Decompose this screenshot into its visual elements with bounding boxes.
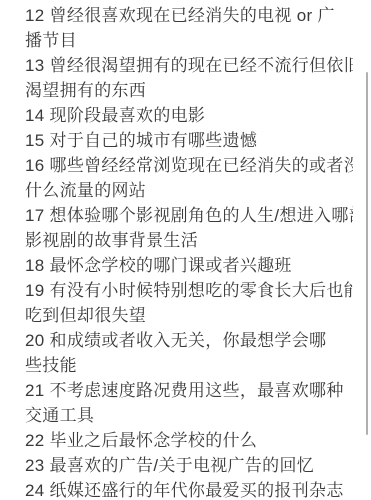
question-line: 20 和成绩或者收入无关，你最想学会哪 xyxy=(25,328,353,353)
question-line: 什么流量的网站 xyxy=(25,178,353,203)
question-line: 播节目 xyxy=(25,28,353,53)
question-line: 24 纸媒还盛行的年代你最爱买的报刊杂志 xyxy=(25,478,353,500)
question-line: 些技能 xyxy=(25,353,353,378)
question-line: 23 最喜欢的广告/关于电视广告的回忆 xyxy=(25,453,353,478)
question-line: 19 有没有小时候特别想吃的零食长大后也能 xyxy=(25,278,353,303)
question-item: 15 对于自己的城市有哪些遗憾 xyxy=(25,128,353,153)
question-line: 17 想体验哪个影视剧角色的人生/想进入哪部 xyxy=(25,203,353,228)
question-item: 18 最怀念学校的哪门课或者兴趣班 xyxy=(25,253,353,278)
question-line: 影视剧的故事背景生活 xyxy=(25,228,353,253)
question-line: 22 毕业之后最怀念学校的什么 xyxy=(25,428,353,453)
question-list: 12 曾经很喜欢现在已经消失的电视 or 广播节目13 曾经很渴望拥有的现在已经… xyxy=(25,3,353,500)
question-line: 13 曾经很渴望拥有的现在已经不流行但依旧 xyxy=(25,53,353,78)
question-item: 23 最喜欢的广告/关于电视广告的回忆 xyxy=(25,453,353,478)
question-item: 13 曾经很渴望拥有的现在已经不流行但依旧渴望拥有的东西 xyxy=(25,53,353,103)
question-item: 16 哪些曾经经常浏览现在已经消失的或者没什么流量的网站 xyxy=(25,153,353,203)
notes-page: 12 曾经很喜欢现在已经消失的电视 or 广播节目13 曾经很渴望拥有的现在已经… xyxy=(0,0,371,500)
question-item: 17 想体验哪个影视剧角色的人生/想进入哪部影视剧的故事背景生活 xyxy=(25,203,353,253)
question-line: 15 对于自己的城市有哪些遗憾 xyxy=(25,128,353,153)
question-line: 18 最怀念学校的哪门课或者兴趣班 xyxy=(25,253,353,278)
question-line: 交通工具 xyxy=(25,403,353,428)
question-item: 19 有没有小时候特别想吃的零食长大后也能吃到但却很失望 xyxy=(25,278,353,328)
question-line: 渴望拥有的东西 xyxy=(25,78,353,103)
question-item: 14 现阶段最喜欢的电影 xyxy=(25,103,353,128)
question-line: 吃到但却很失望 xyxy=(25,303,353,328)
question-item: 20 和成绩或者收入无关，你最想学会哪些技能 xyxy=(25,328,353,378)
question-item: 24 纸媒还盛行的年代你最爱买的报刊杂志 xyxy=(25,478,353,500)
question-item: 12 曾经很喜欢现在已经消失的电视 or 广播节目 xyxy=(25,3,353,53)
scrollbar-thumb[interactable] xyxy=(366,72,368,435)
question-line: 14 现阶段最喜欢的电影 xyxy=(25,103,353,128)
question-item: 22 毕业之后最怀念学校的什么 xyxy=(25,428,353,453)
question-line: 12 曾经很喜欢现在已经消失的电视 or 广 xyxy=(25,3,353,28)
question-line: 16 哪些曾经经常浏览现在已经消失的或者没 xyxy=(25,153,353,178)
question-item: 21 不考虑速度路况费用这些，最喜欢哪种交通工具 xyxy=(25,378,353,428)
question-line: 21 不考虑速度路况费用这些，最喜欢哪种 xyxy=(25,378,353,403)
